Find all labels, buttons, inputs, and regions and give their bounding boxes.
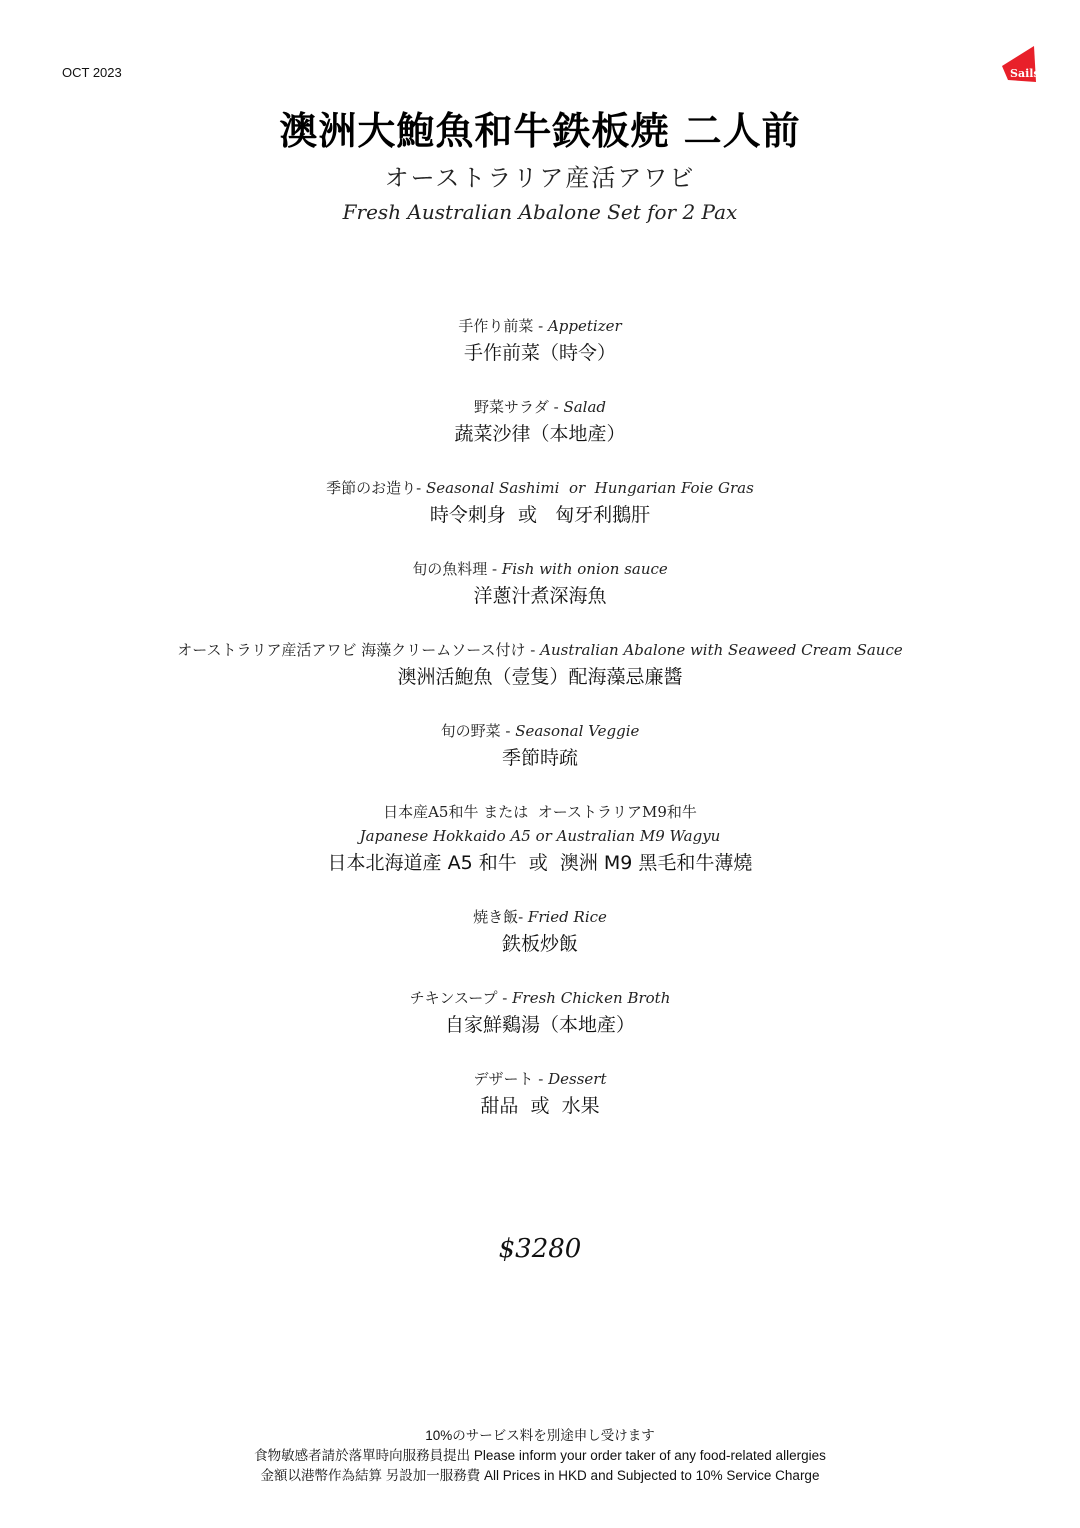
allergy-note: 食物敏感者請於落單時向服務員提出 Please inform your orde… xyxy=(0,1446,1080,1466)
course-en-text: Australian Abalone with Seaweed Cream Sa… xyxy=(540,641,903,659)
course-jp-text: 季節のお造り- xyxy=(326,479,426,497)
course-en-text: Dessert xyxy=(548,1070,606,1088)
course-name-jp: 野菜サラダ - Salad xyxy=(0,395,1080,419)
course-jp-text: 旬の野菜 - xyxy=(441,722,516,740)
course-chicken-broth: チキンスープ - Fresh Chicken Broth 自家鮮鷄湯（本地產） xyxy=(0,986,1080,1040)
course-dessert: デザート - Dessert 甜品 或 水果 xyxy=(0,1067,1080,1121)
course-name-zh: 手作前菜（時令） xyxy=(0,338,1080,368)
course-fried-rice: 焼き飯- Fried Rice 鉄板炒飯 xyxy=(0,905,1080,959)
menu-title-jp: オーストラリア産活アワビ xyxy=(0,158,1080,193)
course-abalone: オーストラリア産活アワビ 海藻クリームソース付け - Australian Ab… xyxy=(0,638,1080,692)
course-en-text: Seasonal Sashimi or Hungarian Foie Gras xyxy=(426,479,754,497)
menu-title-en: Fresh Australian Abalone Set for 2 Pax xyxy=(0,200,1080,224)
course-sashimi: 季節のお造り- Seasonal Sashimi or Hungarian Fo… xyxy=(0,476,1080,530)
course-salad: 野菜サラダ - Salad 蔬菜沙律（本地產） xyxy=(0,395,1080,449)
sails-logo: Sails xyxy=(998,44,1040,84)
course-name-jp: 手作り前菜 - Appetizer xyxy=(0,314,1080,338)
course-appetizer: 手作り前菜 - Appetizer 手作前菜（時令） xyxy=(0,314,1080,368)
set-price: $3280 xyxy=(0,1234,1080,1264)
price-currency-note: 金額以港幣作為結算 另設加一服務費 All Prices in HKD and … xyxy=(0,1466,1080,1486)
course-name-jp: デザート - Dessert xyxy=(0,1067,1080,1091)
footer-notes: 10%のサービス料を別途申し受けます 食物敏感者請於落單時向服務員提出 Plea… xyxy=(0,1426,1080,1486)
course-en-text: Fish with onion sauce xyxy=(502,560,668,578)
course-name-jp: チキンスープ - Fresh Chicken Broth xyxy=(0,986,1080,1010)
sails-logo-icon: Sails xyxy=(998,44,1040,84)
course-name-jp: 日本産A5和牛 または オーストラリアM9和牛 xyxy=(0,800,1080,824)
course-name-zh: 澳洲活鮑魚（壹隻）配海藻忌廉醬 xyxy=(0,662,1080,692)
course-name-zh: 自家鮮鷄湯（本地產） xyxy=(0,1010,1080,1040)
course-jp-text: チキンスープ - xyxy=(410,989,513,1007)
course-list: 手作り前菜 - Appetizer 手作前菜（時令） 野菜サラダ - Salad… xyxy=(0,314,1080,1148)
course-name-zh: 洋蔥汁煮深海魚 xyxy=(0,581,1080,611)
course-name-zh: 季節時疏 xyxy=(0,743,1080,773)
course-name-en: Japanese Hokkaido A5 or Australian M9 Wa… xyxy=(0,824,1080,848)
course-jp-text: 野菜サラダ - xyxy=(474,398,563,416)
course-veggie: 旬の野菜 - Seasonal Veggie 季節時疏 xyxy=(0,719,1080,773)
course-jp-text: オーストラリア産活アワビ 海藻クリームソース付け - xyxy=(177,641,540,659)
course-jp-text: 旬の魚料理 - xyxy=(412,560,502,578)
course-en-text: Fried Rice xyxy=(528,908,607,926)
course-jp-text: 手作り前菜 - xyxy=(458,317,548,335)
course-en-text: Salad xyxy=(563,398,606,416)
course-fish: 旬の魚料理 - Fish with onion sauce 洋蔥汁煮深海魚 xyxy=(0,557,1080,611)
course-en-text: Appetizer xyxy=(548,317,622,335)
course-name-jp: 旬の野菜 - Seasonal Veggie xyxy=(0,719,1080,743)
course-name-zh: 蔬菜沙律（本地產） xyxy=(0,419,1080,449)
course-name-zh: 日本北海道產 A5 和牛 或 澳洲 M9 黑毛和牛薄燒 xyxy=(0,848,1080,878)
course-jp-text: デザート - xyxy=(474,1070,549,1088)
course-name-jp: 旬の魚料理 - Fish with onion sauce xyxy=(0,557,1080,581)
svg-text:Sails: Sails xyxy=(1010,67,1040,80)
course-name-jp: オーストラリア産活アワビ 海藻クリームソース付け - Australian Ab… xyxy=(0,638,1080,662)
course-name-zh: 鉄板炒飯 xyxy=(0,929,1080,959)
service-charge-note-jp: 10%のサービス料を別途申し受けます xyxy=(0,1426,1080,1446)
menu-title-zh: 澳洲大鮑魚和牛鉄板焼 二人前 xyxy=(0,100,1080,155)
course-en-text: Fresh Chicken Broth xyxy=(512,989,670,1007)
course-en-text: Seasonal Veggie xyxy=(515,722,639,740)
course-wagyu: 日本産A5和牛 または オーストラリアM9和牛 Japanese Hokkaid… xyxy=(0,800,1080,878)
course-name-jp: 季節のお造り- Seasonal Sashimi or Hungarian Fo… xyxy=(0,476,1080,500)
course-jp-text: 焼き飯- xyxy=(473,908,528,926)
course-name-zh: 時令刺身 或 匈牙利鵝肝 xyxy=(0,500,1080,530)
course-name-jp: 焼き飯- Fried Rice xyxy=(0,905,1080,929)
menu-date: OCT 2023 xyxy=(62,65,122,80)
course-name-zh: 甜品 或 水果 xyxy=(0,1091,1080,1121)
